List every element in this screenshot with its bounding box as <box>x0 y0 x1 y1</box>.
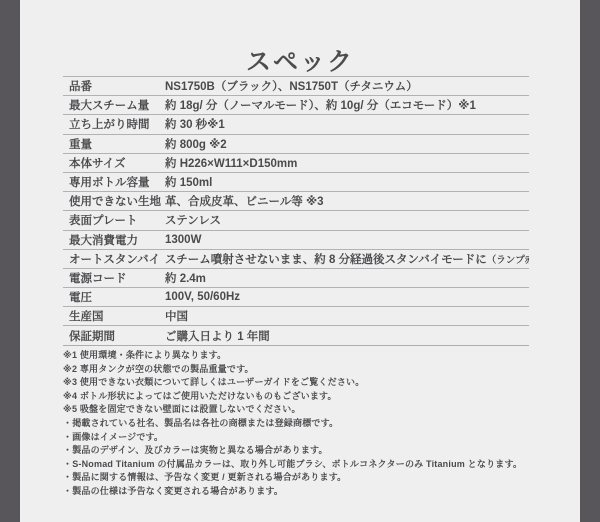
row-label: 電源コード <box>63 270 165 286</box>
page-title: スペック <box>20 42 580 78</box>
table-row: 重量約 800g ※2 <box>63 134 529 153</box>
note-line: ・画像はイメージです。 <box>63 431 560 445</box>
note-line: ※3 使用できない衣類について詳しくはユーザーガイドをご覧ください。 <box>63 376 560 390</box>
row-value: スチーム噴射させないまま、約 8 分経過後スタンバイモードに（ランプ赤点灯） <box>165 251 529 267</box>
row-value: NS1750B（ブラック）、NS1750T（チタニウム） <box>165 78 418 94</box>
table-row: 最大消費電力1300W <box>63 230 529 249</box>
spec-table: 品番NS1750B（ブラック）、NS1750T（チタニウム）最大スチーム量約 1… <box>63 76 529 346</box>
row-label: 本体サイズ <box>63 155 165 171</box>
row-label: 重量 <box>63 136 165 152</box>
right-edge-bar <box>580 0 600 522</box>
table-row: 専用ボトル容量約 150ml <box>63 172 529 191</box>
row-label: オートスタンバイ <box>63 251 165 267</box>
note-line: ※2 専用タンクが空の状態での製品重量です。 <box>63 363 560 377</box>
note-line: ※5 吸盤を固定できない壁面には設置しないでください。 <box>63 403 560 417</box>
row-value-small: （ランプ赤点灯） <box>487 255 529 266</box>
note-line: ・掲載されている社名、製品名は各社の商標または登録商標です。 <box>63 417 560 431</box>
row-label: 専用ボトル容量 <box>63 174 165 190</box>
row-label: 品番 <box>63 78 165 94</box>
row-value: 革、合成皮革、ビニール等 ※3 <box>165 193 324 209</box>
table-row: 電圧100V, 50/60Hz <box>63 287 529 306</box>
note-line: ・製品に関する情報は、予告なく変更 / 更新される場合があります。 <box>63 471 560 485</box>
row-value: 約 30 秒※1 <box>165 116 225 132</box>
table-row: 電源コード約 2.4m <box>63 268 529 287</box>
table-row: 保証期間ご購入日より 1 年間 <box>63 325 529 344</box>
row-label: 最大スチーム量 <box>63 97 165 113</box>
row-label: 最大消費電力 <box>63 232 165 248</box>
table-row: 使用できない生地革、合成皮革、ビニール等 ※3 <box>63 191 529 210</box>
note-line: ※1 使用環境・条件により異なります。 <box>63 349 560 363</box>
table-row: 品番NS1750B（ブラック）、NS1750T（チタニウム） <box>63 76 529 95</box>
row-label: 保証期間 <box>63 328 165 344</box>
row-label: 立ち上がり時間 <box>63 116 165 132</box>
row-label: 表面プレート <box>63 212 165 228</box>
row-value: 約 18g/ 分（ノーマルモード）、約 10g/ 分（エコモード）※1 <box>165 97 476 113</box>
table-row: 立ち上がり時間約 30 秒※1 <box>63 114 529 133</box>
note-line: ・製品のデザイン、及びカラーは実物と異なる場合があります。 <box>63 444 560 458</box>
row-value: 約 2.4m <box>165 270 206 286</box>
left-edge-bar <box>0 0 20 522</box>
table-row: 本体サイズ約 H226×W111×D150mm <box>63 153 529 172</box>
row-value: 1300W <box>165 234 201 246</box>
row-value: 約 150ml <box>165 174 212 190</box>
row-value: 約 800g ※2 <box>165 136 227 152</box>
notes: ※1 使用環境・条件により異なります。※2 専用タンクが空の状態での製品重量です… <box>63 349 560 499</box>
row-value: 約 H226×W111×D150mm <box>165 155 297 171</box>
row-value: 100V, 50/60Hz <box>165 291 240 303</box>
row-value: 中国 <box>165 308 188 324</box>
row-value: ステンレス <box>165 212 221 228</box>
note-line: ・製品の仕様は予告なく変更される場合があります。 <box>63 485 560 499</box>
table-row: 最大スチーム量約 18g/ 分（ノーマルモード）、約 10g/ 分（エコモード）… <box>63 95 529 114</box>
row-label: 使用できない生地 <box>63 193 165 209</box>
note-line: ※4 ボトル形状によってはご使用いただけないものもございます。 <box>63 390 560 404</box>
table-row: 表面プレートステンレス <box>63 210 529 229</box>
row-label: 生産国 <box>63 308 165 324</box>
note-line: ・S-Nomad Titanium の付属品カラーは、取り外し可能ブラシ、ボトル… <box>63 458 560 472</box>
table-row: オートスタンバイスチーム噴射させないまま、約 8 分経過後スタンバイモードに（ラ… <box>63 249 529 268</box>
row-label: 電圧 <box>63 289 165 305</box>
row-value: ご購入日より 1 年間 <box>165 328 270 344</box>
table-row: 生産国中国 <box>63 306 529 325</box>
